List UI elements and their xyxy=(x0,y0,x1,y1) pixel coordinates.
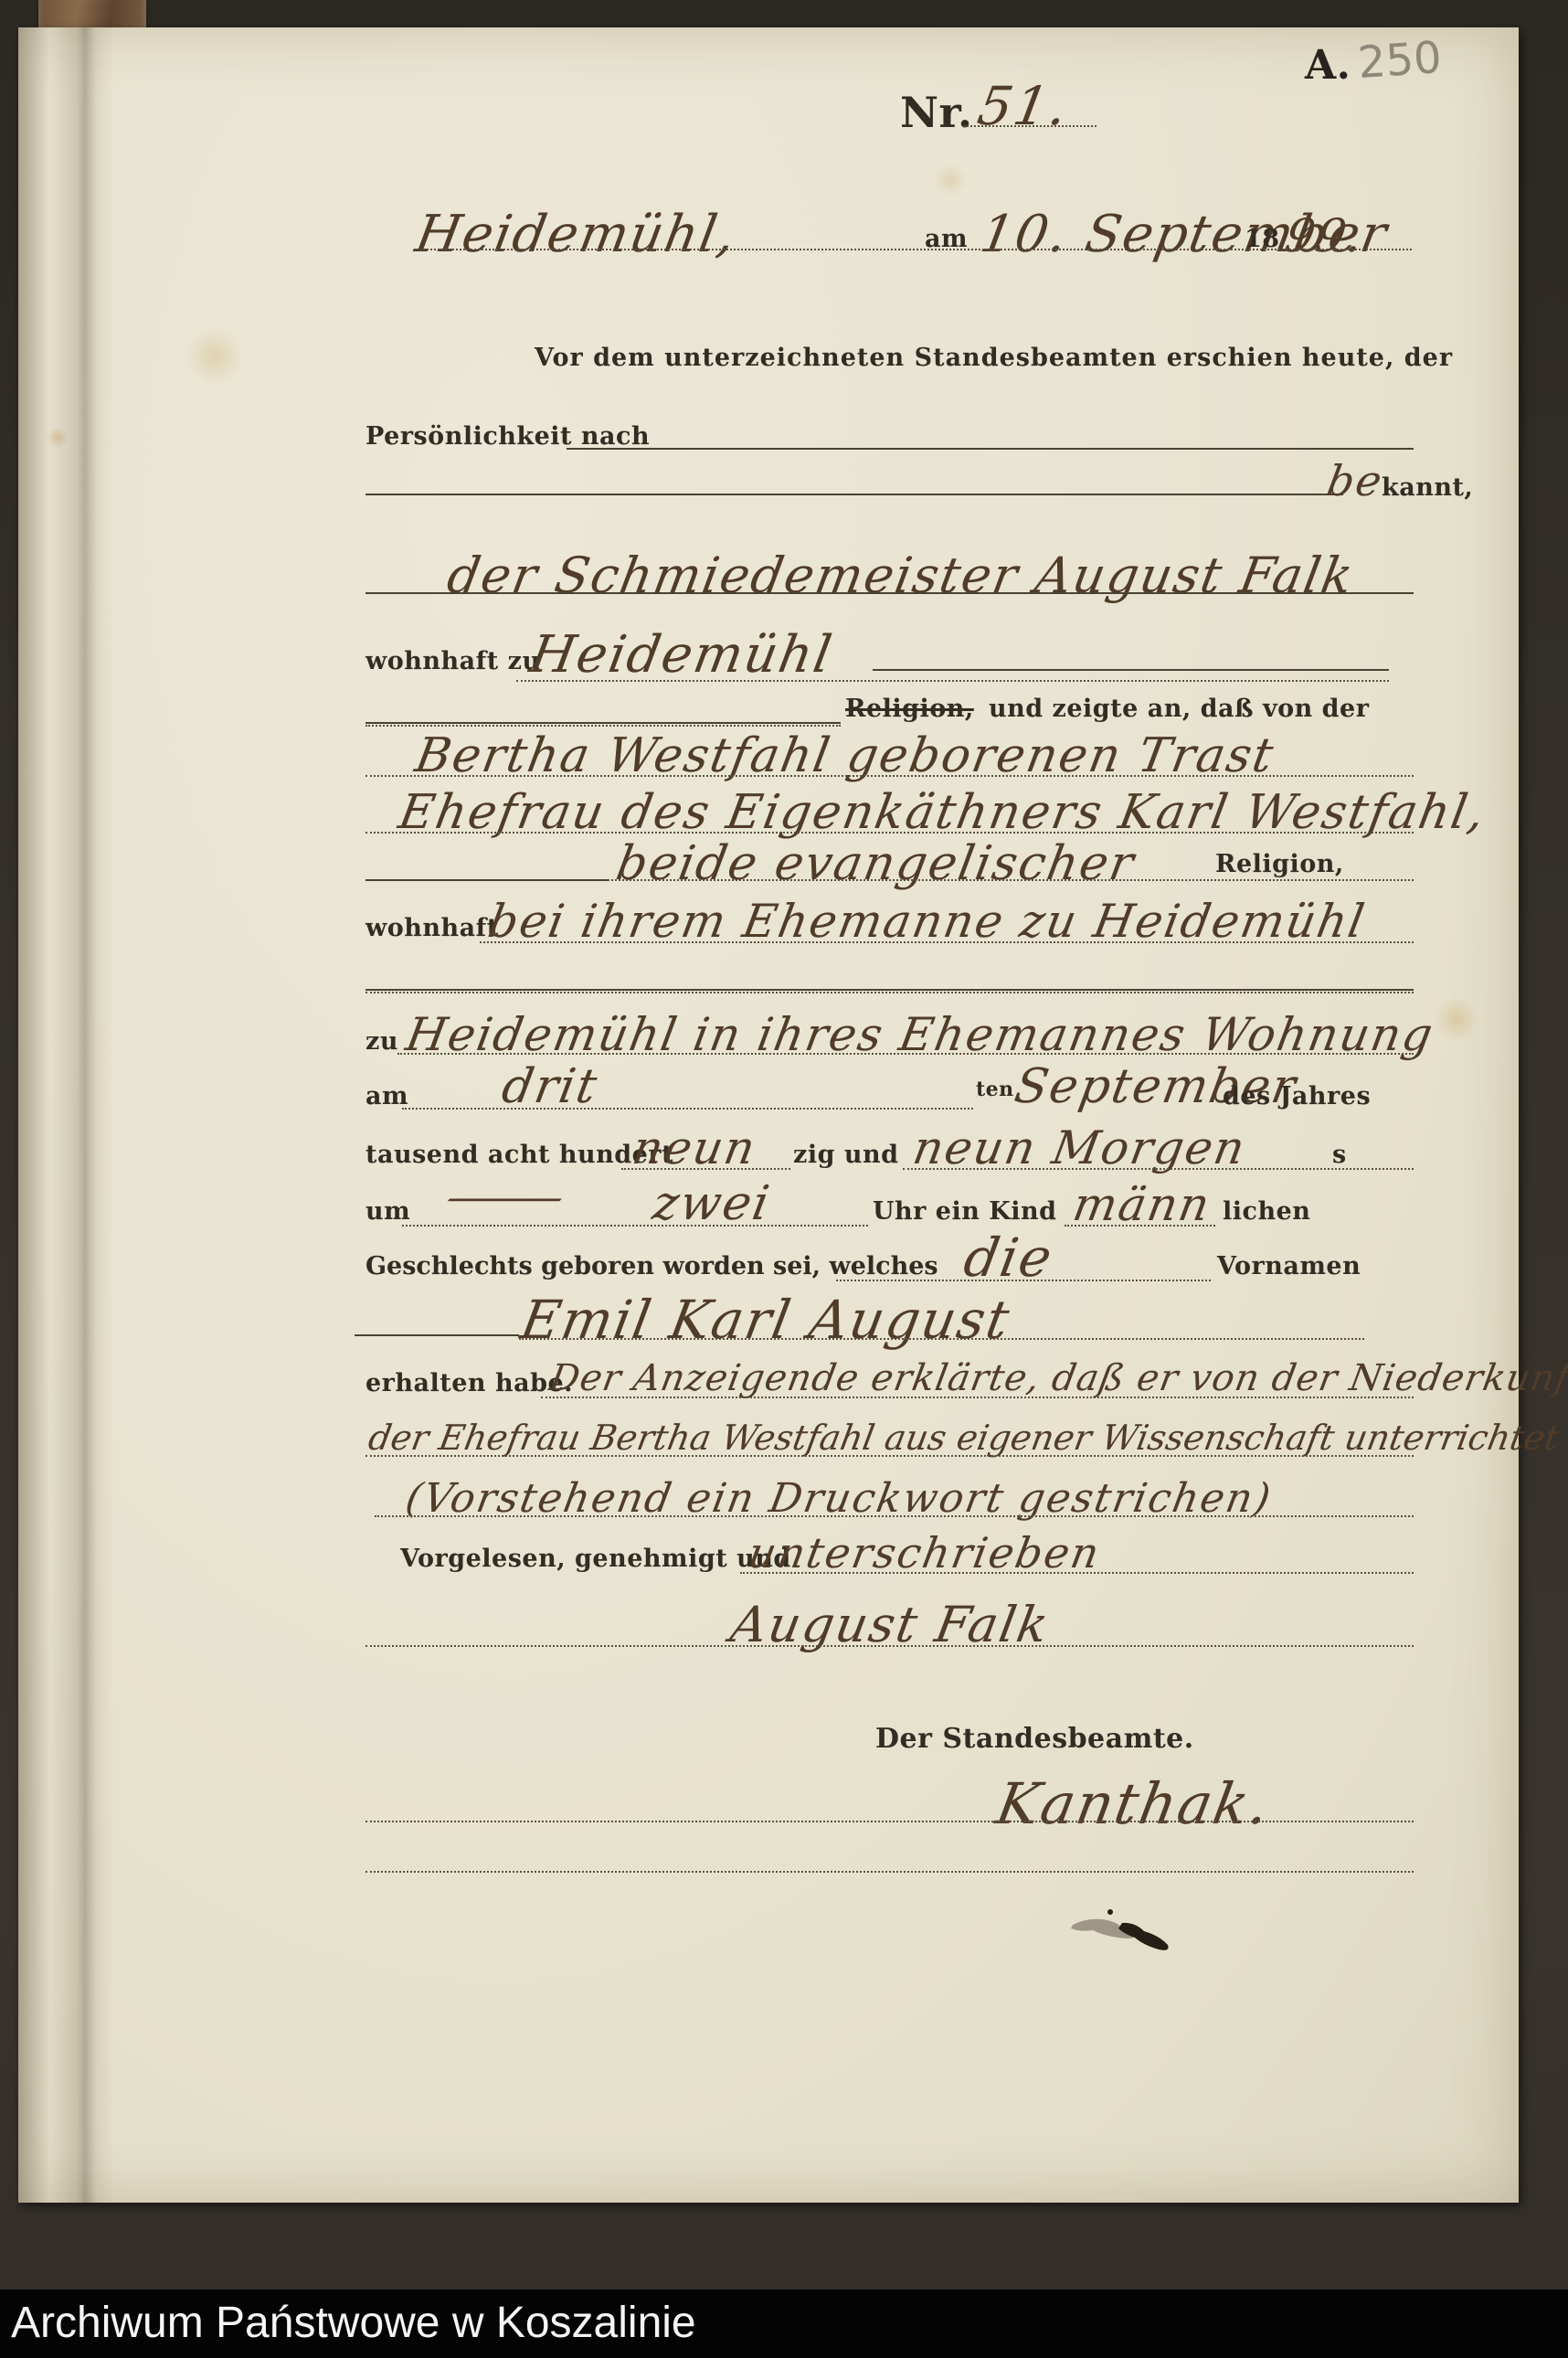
uhr-label: Uhr ein Kind xyxy=(873,1197,1057,1226)
declaration-line-1: Der Anzeigende erklärte, daß er von der … xyxy=(546,1357,1568,1399)
residence-entry: Heidemühl xyxy=(525,625,837,685)
declarant-entry: der Schmiedemeister August Falk xyxy=(443,547,1359,604)
register-page: A. 250 Nr. 51. Heidemühl, am 10. Septemb… xyxy=(18,27,1519,2203)
fill-line xyxy=(397,1053,1414,1055)
fill-line xyxy=(402,1225,868,1227)
fill-line xyxy=(366,722,841,724)
fill-line xyxy=(541,1397,1414,1398)
fill-line xyxy=(519,1338,1364,1340)
s-suffix-label: s xyxy=(1332,1141,1347,1169)
fill-line xyxy=(873,669,1389,671)
registrar-title: Der Standesbeamte. xyxy=(875,1723,1194,1755)
fill-line xyxy=(366,1455,1414,1457)
fill-line xyxy=(366,592,1414,594)
form-intro: Vor dem unterzeichneten Standesbeamten e… xyxy=(535,344,1453,372)
paper-stain xyxy=(1433,998,1480,1040)
fill-line xyxy=(366,494,1343,495)
wohnhaft-label: wohnhaft xyxy=(366,914,499,942)
zig-und-label: zig und xyxy=(793,1141,899,1169)
lichen-label: lichen xyxy=(1223,1197,1310,1226)
fill-line xyxy=(480,941,1414,943)
page-left-edge-shadow xyxy=(18,27,49,2203)
religion-label: Religion, xyxy=(1215,850,1344,878)
fill-line xyxy=(903,1168,1414,1170)
des-jahres-label: des Jahres xyxy=(1223,1082,1371,1110)
fill-line xyxy=(366,1645,1414,1647)
fill-line xyxy=(836,1280,1211,1281)
known-suffix-label: kannt, xyxy=(1382,473,1473,502)
fill-line xyxy=(621,1168,790,1170)
religion-struck-label: Religion, xyxy=(845,695,974,723)
document-scan: A. 250 Nr. 51. Heidemühl, am 10. Septemb… xyxy=(0,0,1568,2358)
fill-line xyxy=(608,879,1414,881)
paper-stain xyxy=(183,329,247,384)
given-names-entry: Emil Karl August xyxy=(516,1289,1015,1351)
fill-line xyxy=(516,680,1389,682)
fill-line xyxy=(366,879,608,881)
declaration-line-2: der Ehefrau Bertha Westfahl aus eigener … xyxy=(366,1418,1568,1458)
fill-line xyxy=(740,1572,1414,1574)
fill-line xyxy=(375,1515,1414,1517)
dateline-place: Heidemühl, xyxy=(411,205,741,264)
day-entry: drit xyxy=(498,1059,602,1114)
vornamen-label: Vornamen xyxy=(1217,1252,1361,1280)
archive-stamp: A. xyxy=(1305,42,1351,89)
ten-label: ten xyxy=(976,1078,1014,1101)
birthplace-zu-label: zu xyxy=(366,1027,398,1056)
tausend-label: tausend acht hundert xyxy=(366,1141,673,1169)
geschlechts-label: Geschlechts geboren worden sei, welches xyxy=(366,1252,938,1280)
fill-line xyxy=(1065,1225,1215,1227)
fill-line xyxy=(366,989,1414,991)
year-tens-entry: neun xyxy=(629,1121,760,1174)
erhalten-label: erhalten habe. xyxy=(366,1369,573,1397)
fill-line xyxy=(366,725,841,727)
fill-line xyxy=(366,1871,1414,1873)
record-number-value: 51. xyxy=(973,75,1074,137)
fill-line xyxy=(402,1108,973,1110)
notice-label: und zeigte an, daß von der xyxy=(989,695,1369,723)
day-am-label: am xyxy=(366,1082,408,1110)
footer-caption: Archiwum Państwowe w Koszalinie xyxy=(11,2298,696,2348)
fill-line xyxy=(355,1334,519,1336)
fill-line xyxy=(366,775,1414,777)
dash-entry: — xyxy=(437,1174,580,1219)
fill-line xyxy=(567,448,1414,450)
hour-entry: zwei xyxy=(649,1176,775,1231)
year-ones-entry: neun Morgen xyxy=(909,1121,1250,1174)
record-number-label: Nr. xyxy=(900,88,973,137)
known-prefix-entry: be xyxy=(1323,456,1387,505)
vorgelesen-label: Vorgelesen, genehmigt und xyxy=(400,1545,791,1573)
identity-label: Persönlichkeit nach xyxy=(366,422,650,451)
footer-bar: Archiwum Państwowe w Koszalinie xyxy=(0,2289,1568,2358)
fill-line xyxy=(366,1821,1414,1822)
dateline-year: 99. xyxy=(1281,209,1369,262)
fill-line xyxy=(964,125,1097,127)
fill-line xyxy=(420,249,1412,250)
religion-entry: beide evangelischer xyxy=(612,836,1139,891)
paper-stain xyxy=(932,165,969,196)
wohnhaft-entry: bei ihrem Ehemanne zu Heidemühl xyxy=(484,895,1370,948)
fill-line xyxy=(366,992,1414,993)
um-label: um xyxy=(366,1197,410,1226)
residence-label: wohnhaft zu xyxy=(366,647,541,675)
unterschrieben-entry: unterschrieben xyxy=(745,1528,1105,1577)
archive-number-pencil: 250 xyxy=(1356,32,1443,89)
ink-blot xyxy=(1069,1908,1188,1952)
gender-entry: männ xyxy=(1069,1178,1215,1231)
fill-line xyxy=(366,832,1414,834)
binding-crease xyxy=(50,27,114,2203)
registrar-signature: Kanthak. xyxy=(991,1770,1276,1837)
